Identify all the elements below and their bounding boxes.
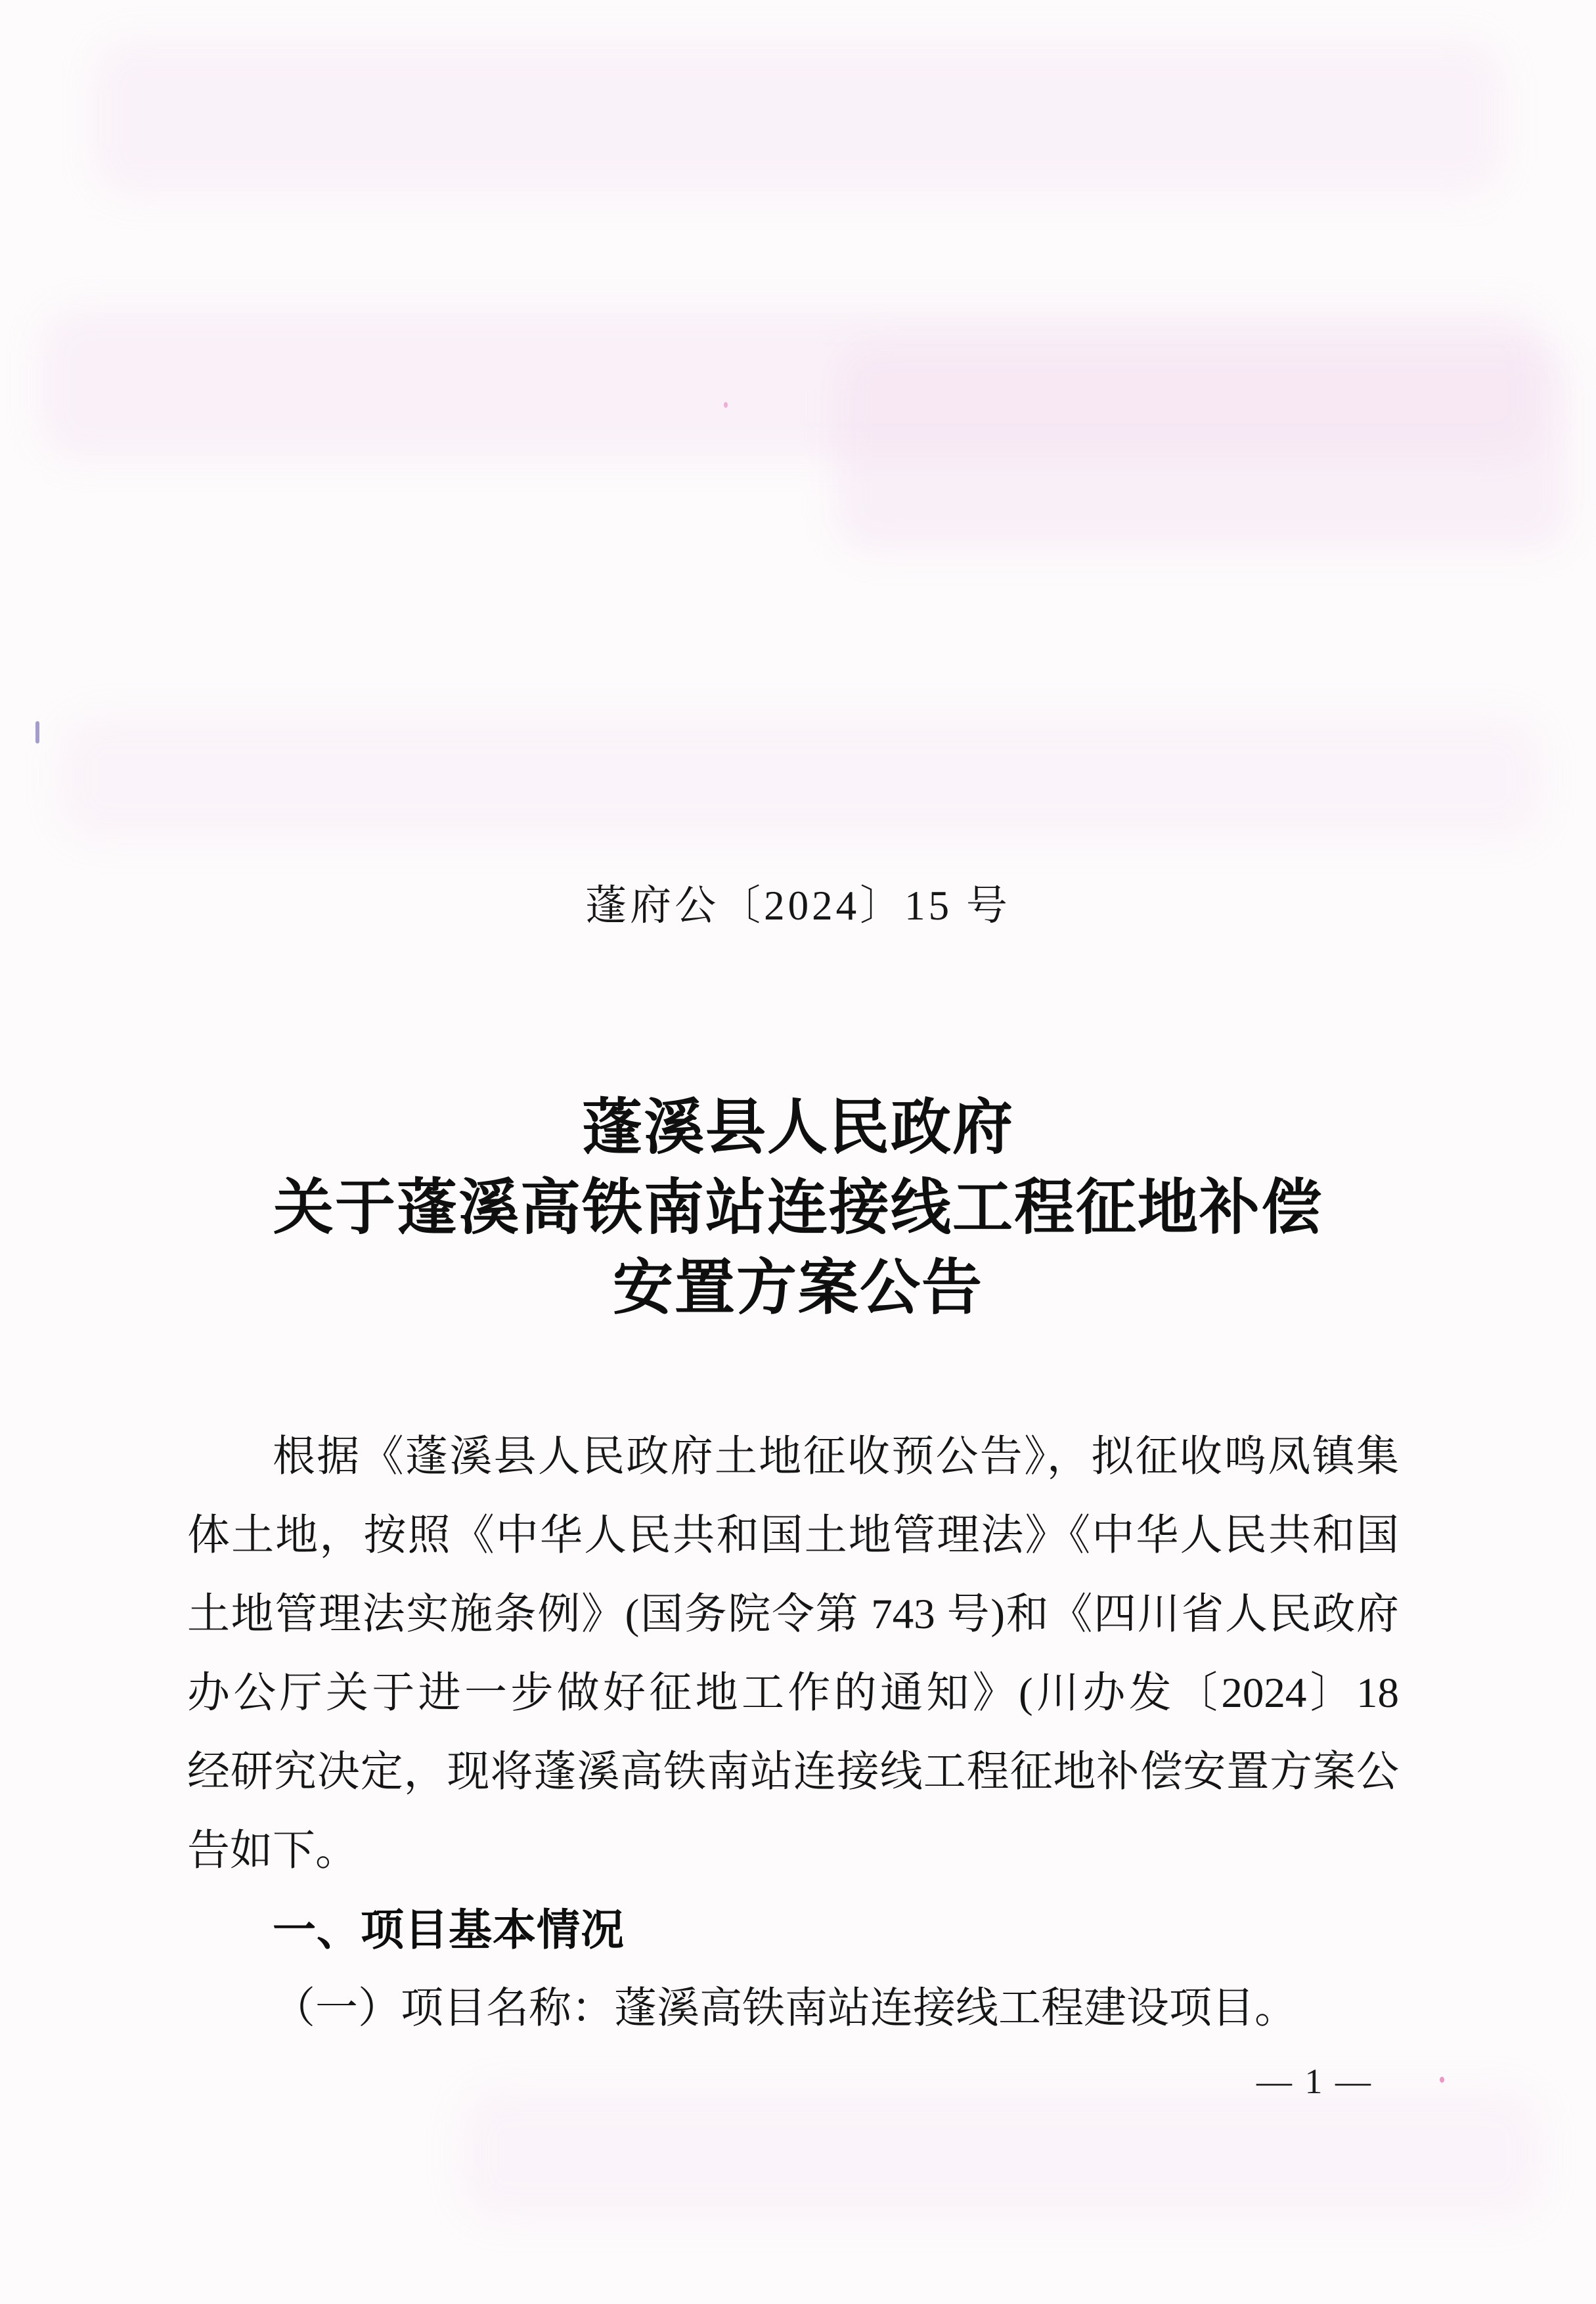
body-paragraph: 根据《蓬溪县人民政府土地征收预公告》，拟征收鸣凤镇集 体土地，按照《中华人民共和… (187, 1417, 1399, 2048)
scan-speck (724, 402, 728, 408)
scan-speck (35, 721, 39, 743)
scan-speck (1440, 2077, 1444, 2083)
doc-number: 蓬府公〔2024〕15 号 (0, 872, 1596, 932)
paragraph-line: 土地管理法实施条例》(国务院令第 743 号)和《四川省人民政府 (187, 1575, 1399, 1654)
scanned-document-page: 蓬府公〔2024〕15 号 蓬溪县人民政府 关于蓬溪高铁南站连接线工程征地补偿 … (0, 0, 1596, 2304)
title-line-1: 蓬溪县人民政府 (0, 1088, 1596, 1168)
paragraph-line: 经研究决定，现将蓬溪高铁南站连接线工程征地补偿安置方案公 (187, 1733, 1399, 1811)
scan-bleed-artifact (39, 309, 1543, 460)
scan-bleed-artifact (460, 2089, 1543, 2220)
title-line-2: 关于蓬溪高铁南站连接线工程征地补偿 (0, 1168, 1596, 1248)
paragraph-line: 根据《蓬溪县人民政府土地征收预公告》，拟征收鸣凤镇集 (187, 1417, 1399, 1496)
section-item-line: （一）项目名称：蓬溪高铁南站连接线工程建设项目。 (187, 1969, 1399, 2048)
paragraph-line: 办公厅关于进一步做好征地工作的通知》(川办发〔2024〕18 号)， (187, 1654, 1399, 1733)
page-number: — 1 — (1256, 2062, 1373, 2101)
scan-bleed-artifact (834, 342, 1570, 552)
document-title: 蓬溪县人民政府 关于蓬溪高铁南站连接线工程征地补偿 安置方案公告 (0, 1088, 1596, 1328)
paragraph-line: 告如下。 (187, 1811, 1399, 1890)
page-footer: — 1 — (0, 2061, 1373, 2102)
paragraph-line: 体土地，按照《中华人民共和国土地管理法》《中华人民共和国 (187, 1496, 1399, 1575)
scan-bleed-artifact (92, 39, 1504, 197)
title-line-3: 安置方案公告 (0, 1248, 1596, 1328)
section-heading: 一、项目基本情况 (187, 1890, 1399, 1969)
scan-bleed-artifact (59, 716, 1543, 841)
